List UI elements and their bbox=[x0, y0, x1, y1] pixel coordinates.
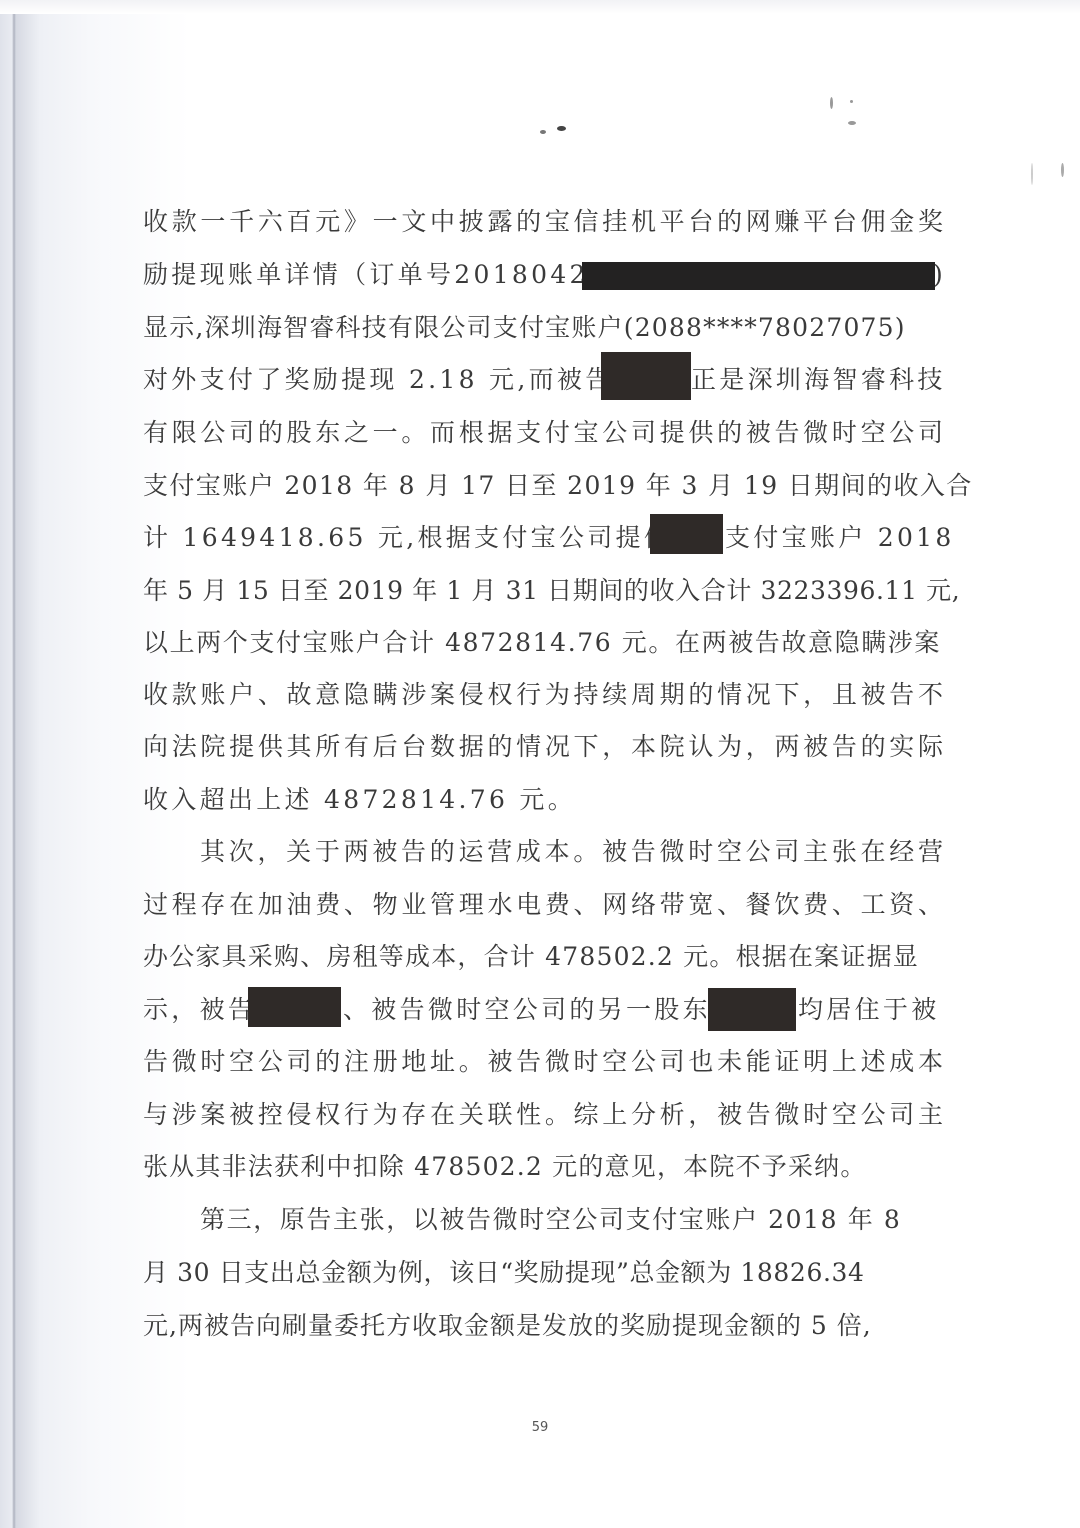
scan-speck bbox=[830, 97, 833, 109]
text-segment: 支付宝账户 2018 bbox=[725, 518, 955, 558]
text-line: 年 5 月 15 日至 2019 年 1 月 31 日期间的收入合计 32233… bbox=[143, 571, 943, 611]
text-line: 计 1649418.65 元,根据支付宝公司提供的支付宝账户 2018 bbox=[143, 518, 943, 558]
text-line: 显示,深圳海智睿科技有限公司支付宝账户(2088****78027075) bbox=[143, 308, 943, 348]
scan-speck bbox=[540, 130, 546, 134]
scan-speck bbox=[1031, 163, 1033, 185]
scan-top-edge bbox=[0, 0, 1080, 14]
text-line: 元,两被告向刷量委托方收取金额是发放的奖励提现金额的 5 倍, bbox=[143, 1306, 943, 1346]
text-line: 以上两个支付宝账户合计 4872814.76 元。在两被告故意隐瞒涉案 bbox=[143, 623, 943, 663]
text-line: 有限公司的股东之一。而根据支付宝公司提供的被告微时空公司 bbox=[143, 413, 943, 453]
scan-speck bbox=[1061, 163, 1064, 177]
text-line: 告微时空公司的注册地址。被告微时空公司也未能证明上述成本 bbox=[143, 1042, 943, 1082]
text-line: 对外支付了奖励提现 2.18 元,而被告正是深圳海智睿科技 bbox=[143, 360, 943, 400]
text-line: 向法院提供其所有后台数据的情况下，本院认为，两被告的实际 bbox=[143, 727, 943, 767]
scan-speck bbox=[850, 100, 853, 103]
text-line: 与涉案被控侵权行为存在关联性。综上分析，被告微时空公司主 bbox=[143, 1095, 943, 1135]
text-line: 第三，原告主张，以被告微时空公司支付宝账户 2018 年 8 bbox=[143, 1200, 943, 1240]
text-line: 支付宝账户 2018 年 8 月 17 日至 2019 年 3 月 19 日期间… bbox=[143, 466, 943, 506]
text-segment: 、被告微时空公司的另一股东 bbox=[343, 990, 711, 1030]
text-segment: 计 1649418.65 元,根据支付宝公司提供的 bbox=[143, 523, 700, 552]
text-line: 收款一千六百元》一文中披露的宝信挂机平台的网赚平台佣金奖 bbox=[143, 202, 943, 242]
text-segment: 励提现账单详情（订单号20180425 bbox=[143, 260, 608, 289]
text-segment: 对外支付了奖励提现 2.18 元,而被告 bbox=[143, 365, 614, 394]
text-line: 办公家具采购、房租等成本，合计 478502.2 元。根据在案证据显 bbox=[143, 937, 943, 977]
redaction-box-order-number bbox=[582, 262, 935, 290]
redaction-box-account-holder bbox=[650, 514, 723, 554]
redaction-box-shareholder-name bbox=[708, 988, 796, 1031]
page-number: 59 bbox=[520, 1420, 560, 1435]
redaction-box-defendant-name bbox=[248, 987, 341, 1027]
text-segment: 均居住于被 bbox=[798, 990, 940, 1030]
redaction-box-defendant-name bbox=[601, 352, 691, 400]
text-segment: 示，被告 bbox=[143, 995, 256, 1024]
scan-speck bbox=[557, 126, 566, 131]
text-line: 收入超出上述 4872814.76 元。 bbox=[143, 780, 943, 820]
text-line: 收款账户、故意隐瞒涉案侵权行为持续周期的情况下，且被告不 bbox=[143, 675, 943, 715]
text-line: 张从其非法获利中扣除 478502.2 元的意见，本院不予采纳。 bbox=[143, 1147, 943, 1187]
text-line: 月 30 日支出总金额为例，该日“奖励提现”总金额为 18826.34 bbox=[143, 1253, 943, 1293]
scan-speck bbox=[848, 121, 856, 125]
text-segment: 正是深圳海智睿科技 bbox=[691, 360, 946, 400]
text-line: 过程存在加油费、物业管理水电费、网络带宽、餐饮费、工资、 bbox=[143, 885, 943, 925]
text-line: 其次，关于两被告的运营成本。被告微时空公司主张在经营 bbox=[143, 832, 943, 872]
